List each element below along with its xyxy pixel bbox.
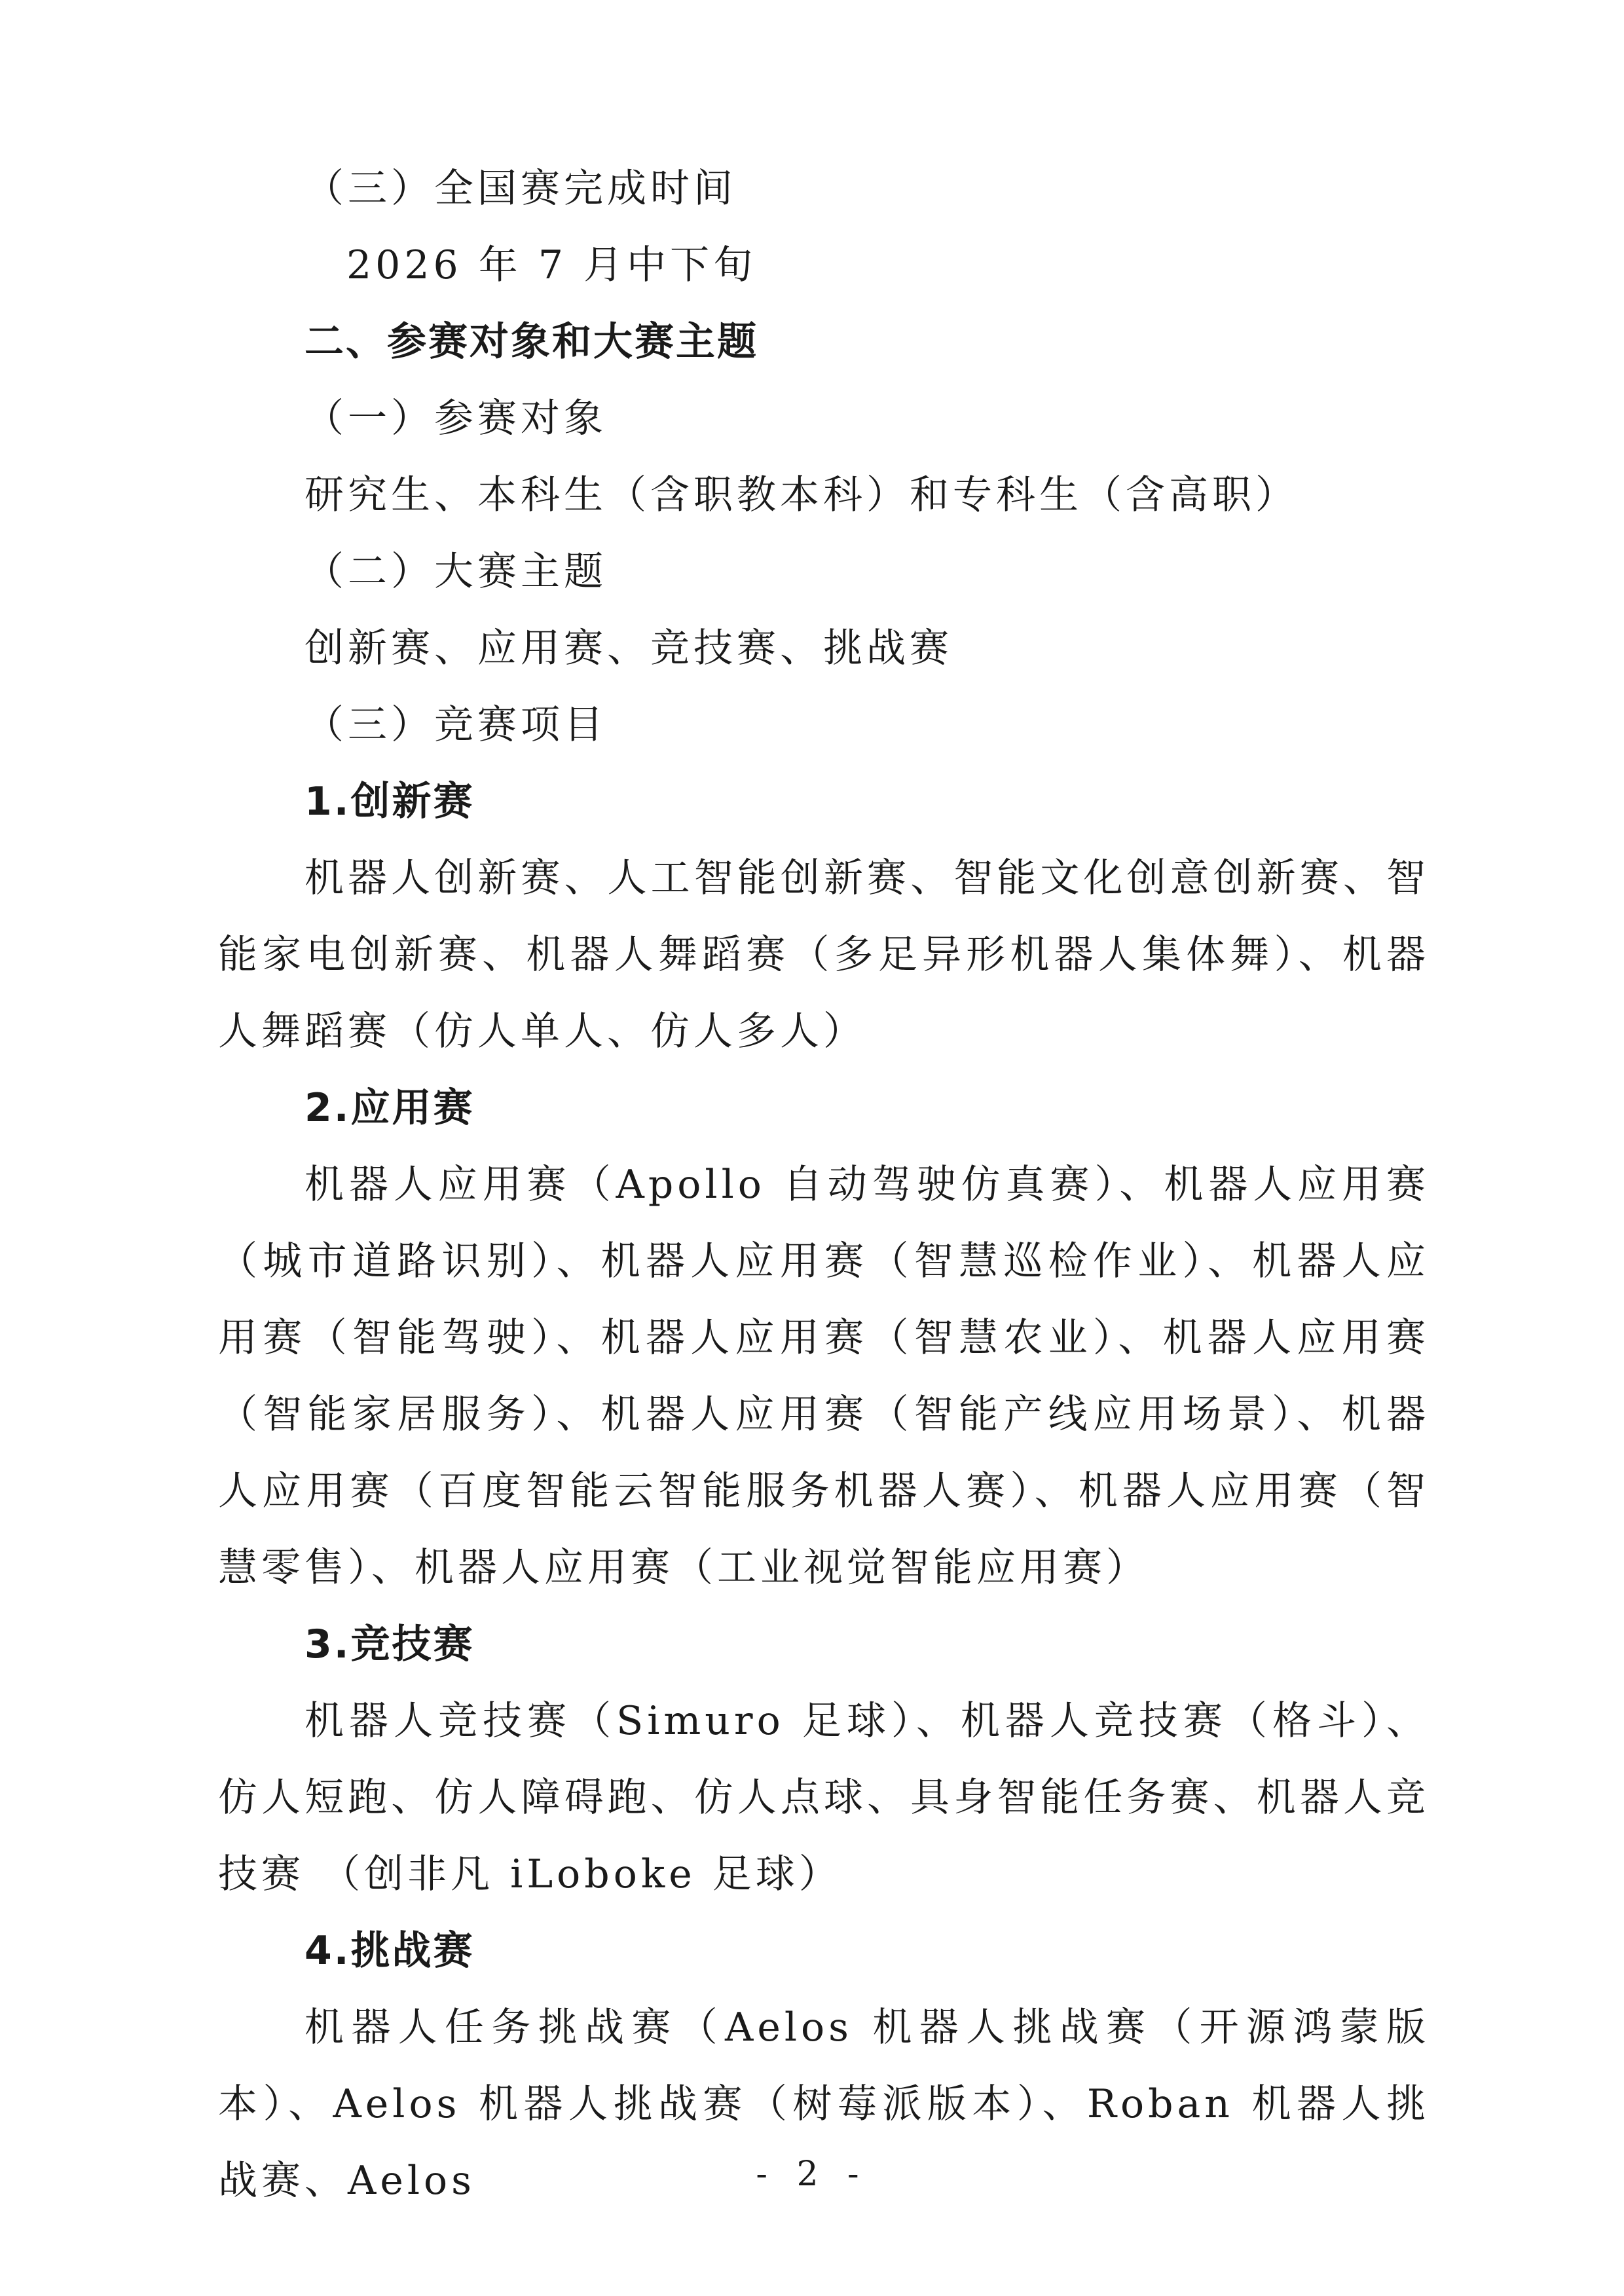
document-page: （三）全国赛完成时间 2026 年 7 月中下旬 二、参赛对象和大赛主题 （一）… [218, 151, 1430, 2219]
themes-text: 创新赛、应用赛、竞技赛、挑战赛 [218, 610, 1430, 687]
project-text-competition: 机器人竞技赛（Simuro 足球）、机器人竞技赛（格斗）、仿人短跑、仿人障碍跑、… [218, 1683, 1430, 1913]
participants-text: 研究生、本科生（含职教本科）和专科生（含高职） [218, 457, 1430, 534]
project-title-challenge: 4.挑战赛 [218, 1913, 1430, 1990]
project-text-application: 机器人应用赛（Apollo 自动驾驶仿真赛）、机器人应用赛（城市道路识别）、机器… [218, 1147, 1430, 1606]
completion-date: 2026 年 7 月中下旬 [218, 227, 1430, 304]
chapter-heading-participants-and-themes: 二、参赛对象和大赛主题 [218, 304, 1430, 380]
section-heading-themes: （二）大赛主题 [218, 534, 1430, 610]
project-title-innovation: 1.创新赛 [218, 764, 1430, 840]
project-text-innovation: 机器人创新赛、人工智能创新赛、智能文化创意创新赛、智能家电创新赛、机器人舞蹈赛（… [218, 840, 1430, 1070]
project-title-application: 2.应用赛 [218, 1070, 1430, 1147]
section-heading-participants: （一）参赛对象 [218, 380, 1430, 457]
project-title-competition: 3.竞技赛 [218, 1606, 1430, 1683]
page-number: - 2 - [0, 2155, 1624, 2194]
section-heading-completion-time: （三）全国赛完成时间 [218, 151, 1430, 227]
section-heading-projects: （三）竞赛项目 [218, 687, 1430, 764]
